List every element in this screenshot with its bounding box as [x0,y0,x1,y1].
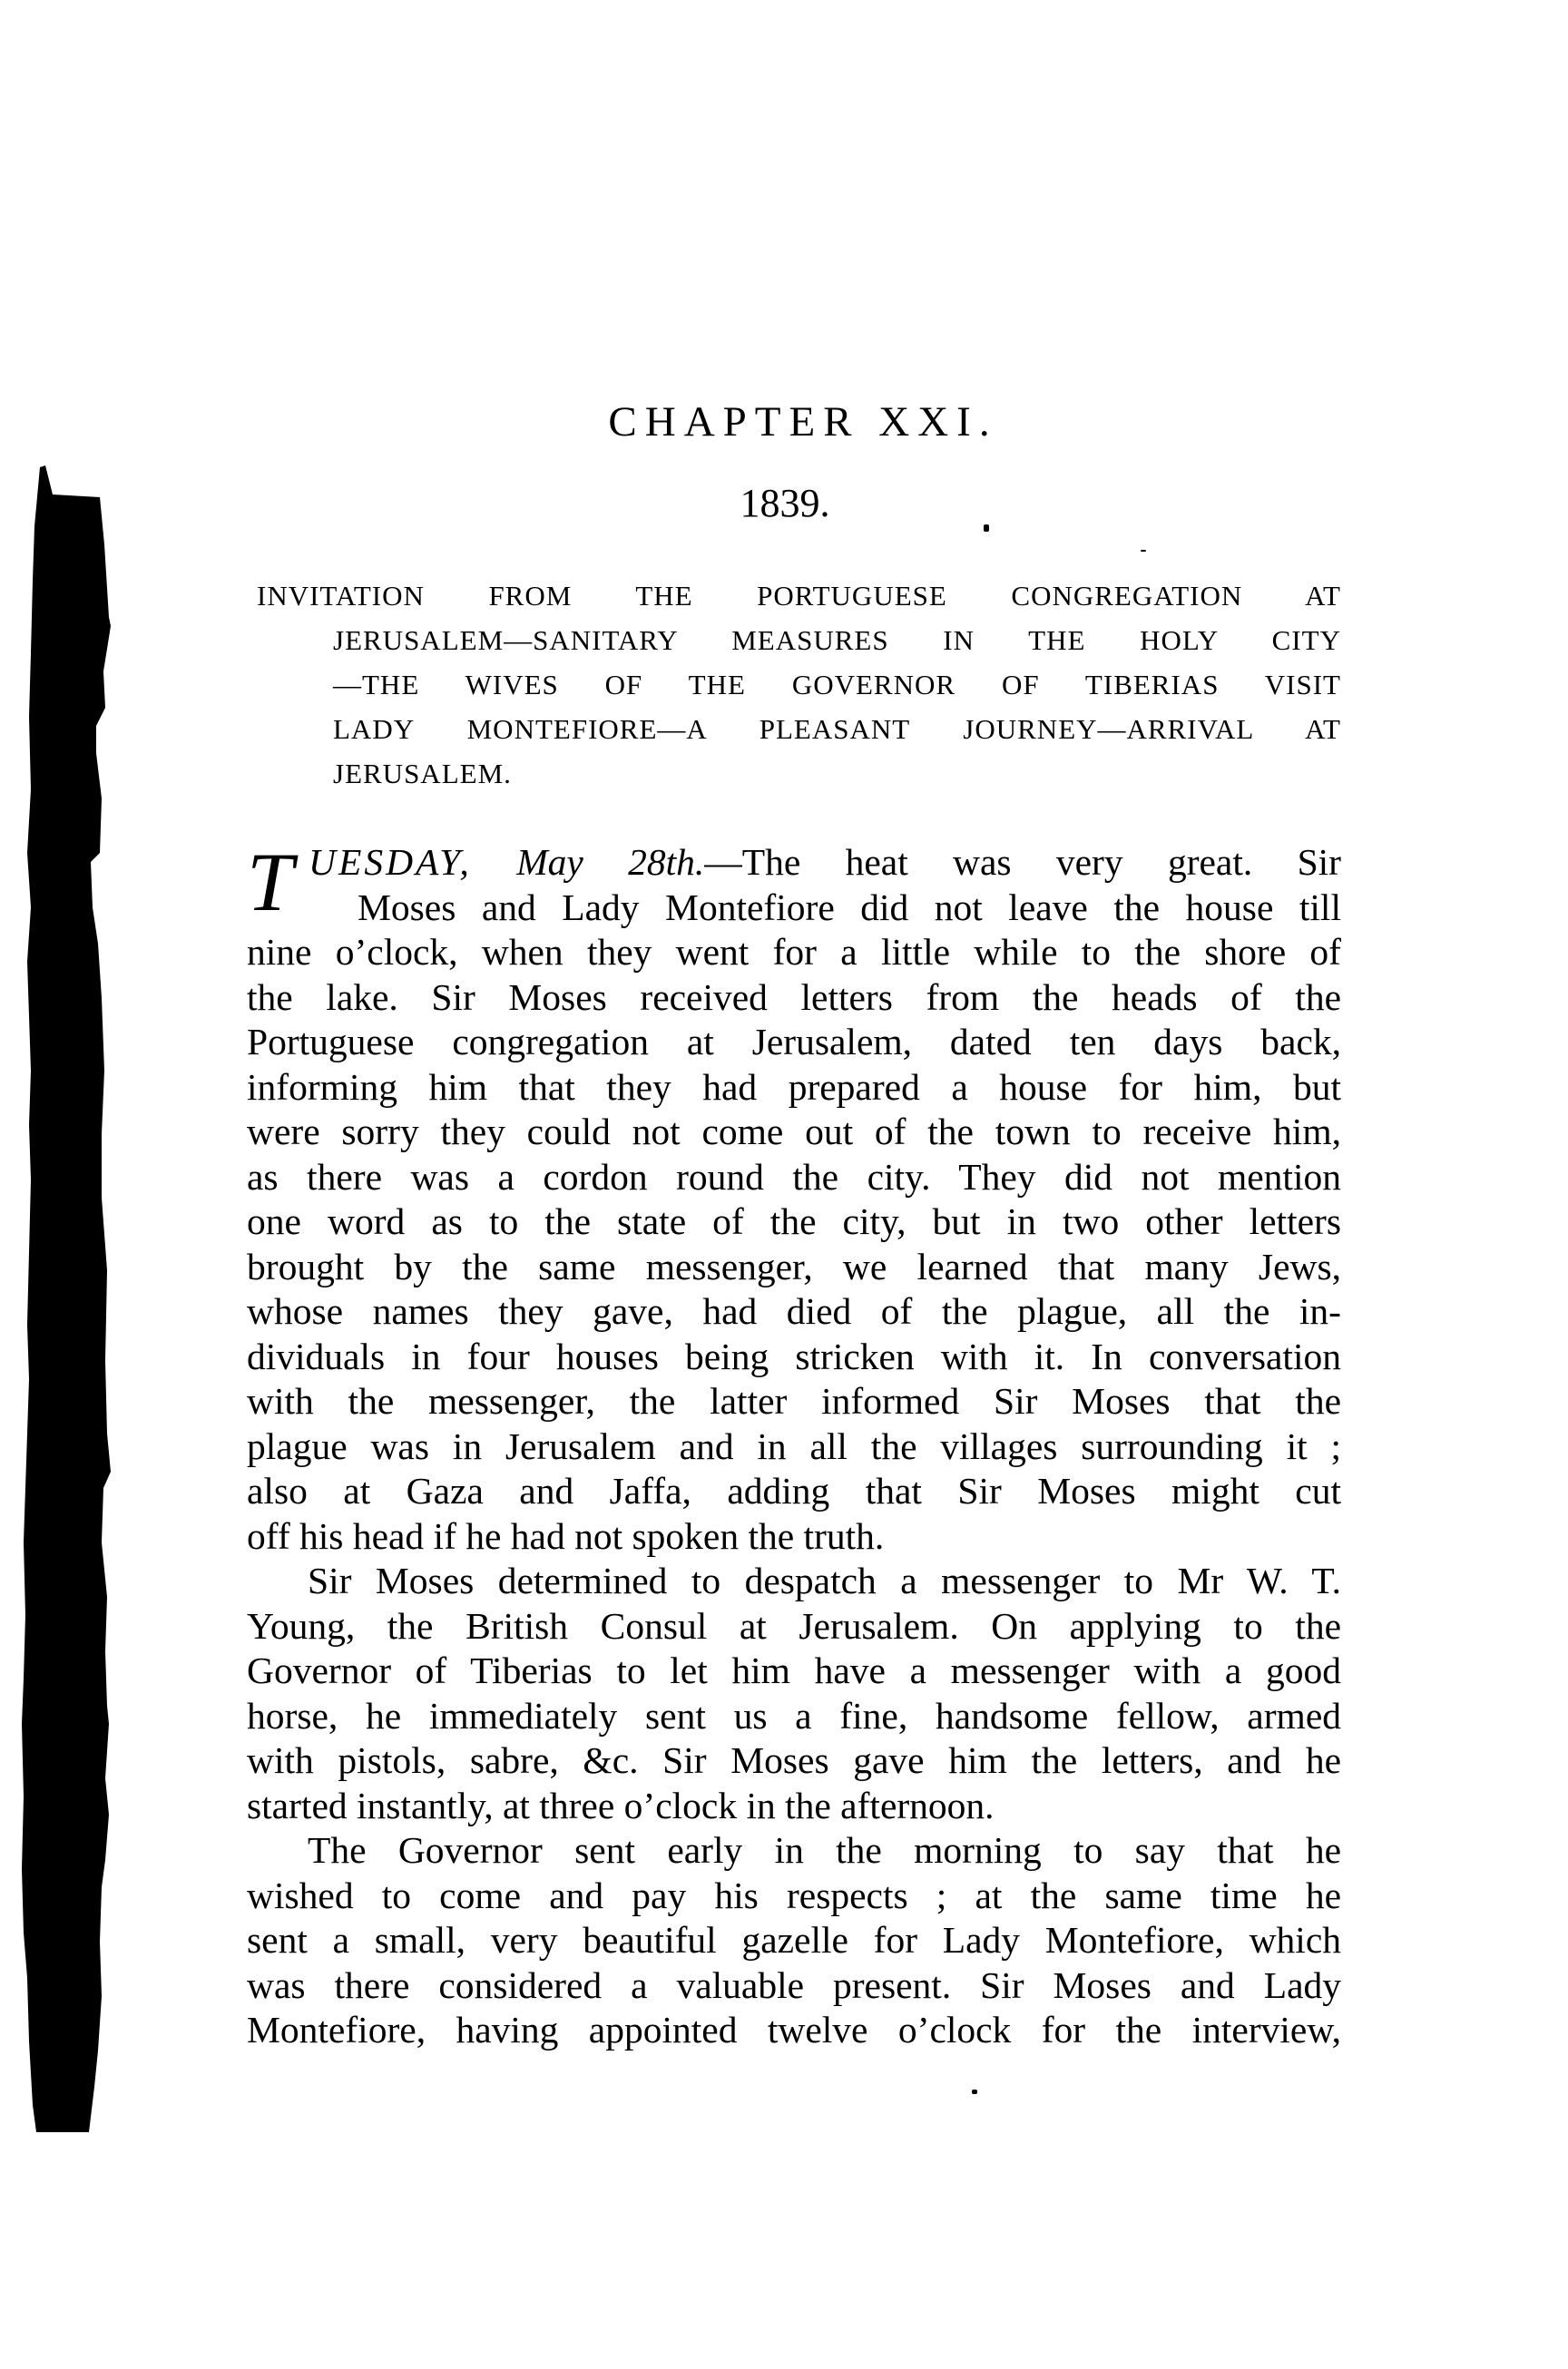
body-line: Sir Moses determined to despatch a messe… [308,1558,1341,1603]
body-line: Montefiore, having appointed twelve o’cl… [247,2007,1341,2052]
body-line: one word as to the state of the city, bu… [247,1199,1341,1244]
body-line: plague was in Jerusalem and in all the v… [247,1424,1341,1469]
body-line: were sorry they could not come out of th… [247,1109,1341,1154]
synopsis-line: JERUSALEM—SANITARY MEASURES IN THE HOLY … [333,622,1341,659]
scan-speck [1141,550,1146,552]
body-line: also at Gaza and Jaffa, adding that Sir … [247,1468,1341,1513]
body-line: Governor of Tiberias to let him have a m… [247,1648,1341,1693]
body-line: Young, the British Consul at Jerusalem. … [247,1603,1341,1649]
body-line: wished to come and pay his respects ; at… [247,1873,1341,1918]
synopsis-line: INVITATION FROM THE PORTUGUESE CONGREGAT… [257,578,1341,614]
lead-in-day: UESDAY, [309,841,472,883]
body-line: with pistols, sabre, &c. Sir Moses gave … [247,1738,1341,1783]
synopsis-line: LADY MONTEFIORE—A PLEASANT JOURNEY—ARRIV… [333,711,1341,748]
body-line: with the messenger, the latter informed … [247,1378,1341,1424]
chapter-heading: CHAPTER XXI. [508,399,1098,445]
lead-in-date: 28th. [628,841,704,883]
binding-shadow [0,0,118,2369]
body-line: Moses and Lady Montefiore did not leave … [358,885,1341,930]
opening-text: —The heat was very great. Sir [704,841,1341,883]
body-line: was there considered a valuable present.… [247,1963,1341,2008]
body-line: whose names they gave, had died of the p… [247,1288,1341,1334]
body-line: as there was a cordon round the city. Th… [247,1154,1341,1199]
scan-speck [984,524,989,532]
body-line: nine o’clock, when they went for a littl… [247,929,1341,974]
synopsis-line: JERUSALEM. [333,756,605,792]
book-page: CHAPTER XXI. 1839. INVITATION FROM THE P… [0,0,1568,2369]
body-line: sent a small, very beautiful gazelle for… [247,1917,1341,1963]
body-line: informing him that they had prepared a h… [247,1064,1341,1110]
drop-cap: T [247,840,293,924]
body-line: started instantly, at three o’clock in t… [247,1783,1341,1828]
body-line: The Governor sent early in the morning t… [308,1827,1341,1873]
body-line: dividuals in four houses being stricken … [247,1334,1341,1379]
scan-speck [972,2090,977,2094]
synopsis-line: —THE WIVES OF THE GOVERNOR OF TIBERIAS V… [333,667,1341,703]
body-line: horse, he immediately sent us a fine, ha… [247,1693,1341,1738]
opening-line: UESDAY, May 28th.—The heat was very grea… [309,839,1341,885]
body-line: brought by the same messenger, we learne… [247,1244,1341,1289]
lead-in-month: May [516,841,583,883]
chapter-year: 1839. [635,481,935,526]
body-line: the lake. Sir Moses received letters fro… [247,974,1341,1020]
body-line: Portuguese congregation at Jerusalem, da… [247,1019,1341,1064]
body-line: off his head if he had not spoken the tr… [247,1513,1341,1559]
